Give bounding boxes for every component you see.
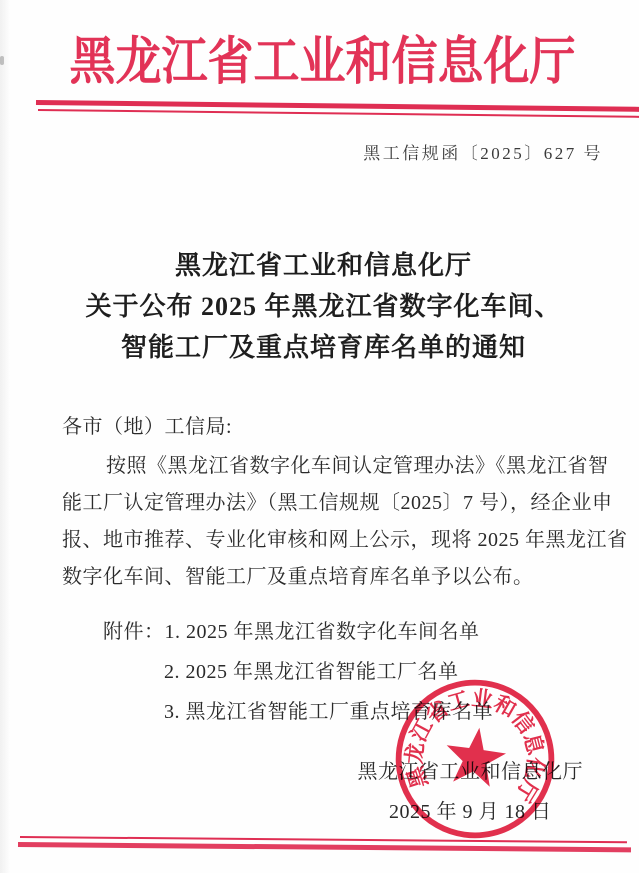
official-seal: 黑龙江省工业和信息化厅 xyxy=(381,665,568,852)
salutation: 各市（地）工信局: xyxy=(62,410,232,439)
scan-edge-shading xyxy=(0,0,10,873)
attachment-item: 1. 2025 年黑龙江省数字化车间名单 xyxy=(165,621,480,643)
body-paragraph: 按照《黑龙江省数字化车间认定管理办法》《黑龙江省智 能工厂认定管理办法》（黑工信… xyxy=(62,448,591,596)
document-number: 黑工信规函〔2025〕627 号 xyxy=(363,139,603,164)
body-line: 按照《黑龙江省数字化车间认定管理办法》《黑龙江省智 xyxy=(62,448,591,485)
scan-speck xyxy=(0,56,4,65)
body-line: 报、地市推荐、专业化审核和网上公示，现将 2025 年黑龙江省 xyxy=(62,522,591,559)
document-title-line1: 黑龙江省工业和信息化厅 xyxy=(8,245,639,286)
document-title: 黑龙江省工业和信息化厅 关于公布 2025 年黑龙江省数字化车间、 智能工厂及重… xyxy=(8,245,639,368)
letterhead-title: 黑龙江省工业和信息化厅 xyxy=(6,20,639,95)
body-line: 数字化车间、智能工厂及重点培育库名单予以公布。 xyxy=(62,559,591,596)
body-line: 能工厂认定管理办法》（黑工信规规〔2025〕7 号），经企业申 xyxy=(62,485,591,522)
document-title-line3: 智能工厂及重点培育库名单的通知 xyxy=(8,327,639,368)
attachments-label: 附件： xyxy=(103,621,165,643)
document-page: 黑龙江省工业和信息化厅 黑工信规函〔2025〕627 号 黑龙江省工业和信息化厅… xyxy=(0,0,639,873)
document-title-line2: 关于公布 2025 年黑龙江省数字化车间、 xyxy=(8,286,639,327)
seal-star-icon xyxy=(442,724,509,789)
attachment-line: 附件：1. 2025 年黑龙江省数字化车间名单 xyxy=(103,612,493,652)
